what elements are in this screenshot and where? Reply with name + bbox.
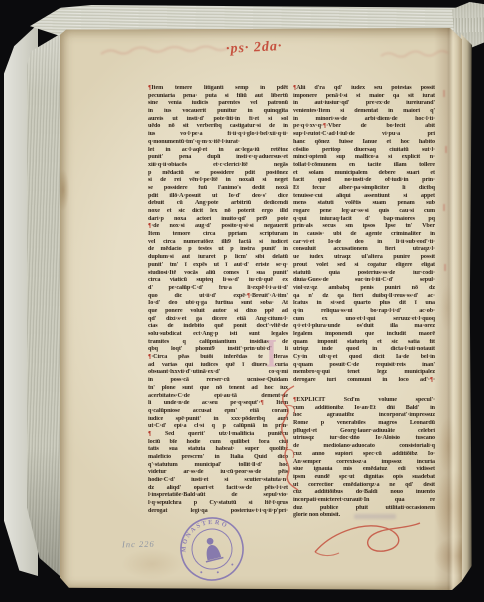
text-line: hanc qōnez fuisse Ianue et hoc habito (293, 139, 435, 147)
text-line: incorpati·emicteret·curauit·In qua re (293, 497, 435, 505)
text-line: q·qui iniuraq·facit d' bap·maiores pq (293, 216, 435, 224)
text-line: circa viaticū supteq li·ss·d' iu·cū·quē … (148, 277, 288, 285)
text-line: ue iudex utraqz ul'altera punire possit (293, 254, 435, 262)
text-line: in poss·cā rerser·cū ucnisse·Quidam (148, 377, 288, 385)
text-line: aureis ut insti·d' pote·liti·in fi·et si… (148, 116, 288, 124)
colophon-pen-flourish (312, 518, 424, 560)
marginal-red-mark (444, 264, 446, 271)
text-line: mens statuti volētis suam penam sub (293, 200, 435, 208)
red-paraph-mark: ¶ (293, 85, 296, 91)
text-line: dz aliqd' opari·et facit·ss·de pēis·l·i·… (148, 485, 288, 493)
text-line: lcatus in si·sed quarto plus dit ī una (293, 300, 435, 308)
text-line: ¶Item temere litiganti semp in pdēt (148, 85, 288, 93)
shelfmark-inscription: Inc 226 (122, 539, 155, 550)
gutter-pen-flourish (274, 384, 302, 492)
text-line: pdit illō·A·posuit ut Io·d' deo·s' dice (148, 193, 288, 201)
text-line: Item temore circa ppriam scripturam (148, 231, 288, 239)
text-line: quo dic ut·ii·d' expē·¶·Breuit'·A·itm' (148, 293, 288, 301)
text-line: pe·q·i·xv·q·¶·Vber de bo·fecit abit (293, 123, 435, 131)
red-paraph-mark: ¶ (430, 377, 433, 383)
text-line: duplum·si aut iuraret p licm' sibi delat… (148, 254, 288, 262)
text-line: uēdo nō sit verberibq castigatur·si de i… (148, 123, 288, 131)
text-line: ut correctior emēdatiorqz·a ne qd' desit (293, 482, 435, 490)
text-line: sine venia iudicis parentes vel patronū (148, 100, 288, 108)
text-line: iudice spē·punit' in xxx·pōderibq auri (148, 416, 288, 424)
text-line: de mediolano·aduocato consistoriali·q (293, 443, 435, 451)
text-line: in ius vocauerit punitur in quinqgĩta (148, 108, 288, 116)
text-line: et solam municipalem debere suari et (293, 170, 435, 178)
text-line: si de rei vēn·l·pe·ltē in noxali si nege… (148, 177, 288, 185)
page-recto: ·ps· 2da· ¶Item temere litiganti semp in… (60, 28, 462, 590)
text-line: ¶·de nox·si aug·d' posito·q·si·si negaue… (148, 223, 288, 231)
text-line: cias de indebito quē ponit doct'·vltē·de (148, 323, 288, 331)
text-line: li unde·n·de ac·seu pe·q·sequt'·¶ Item (148, 400, 288, 408)
book-scan-photo: ·ps· 2da· ¶Item temere litiganti semp in… (0, 0, 484, 602)
text-line: videtur ar·ss·de iu·cū·peor·ss·de pēis (148, 469, 288, 477)
text-line: que ponere voluit autor si dixo ppē ad (148, 308, 288, 316)
colophon: ¶EXPLICIT Scd'm volume specul'·cum addit… (293, 397, 435, 520)
text-line: debuit cū Ang·pote arbitriū dedicendi (148, 200, 288, 208)
text-line: utriusqz iur·doc·dño Io·Aloisio tuscano (293, 435, 435, 443)
text-line: cōsilio peritop diuersaq ciuitatū sut·l· (293, 147, 435, 155)
marginal-red-mark (443, 204, 445, 211)
gutter-crease (434, 28, 462, 590)
text-line: ¶ Sed querit' utz·l·malificia puniēcu (148, 431, 288, 439)
text-line: qd' dixi·s·et ga dicere etiā Ang·citum·l… (148, 316, 288, 324)
left-text-column: ¶Item temere litiganti semp in pdētpecun… (148, 85, 288, 516)
text-line: cum additionibz Io·an·Et dñi Bald' in (293, 405, 435, 413)
text-line: tatis sua statuta habeat· super quolibz (148, 446, 288, 454)
text-line: ius vo·l·pe·a fi·ii·q·i·glo·i·bel·xii·q·… (148, 131, 288, 139)
text-line: sup·l·eutot·C·ad·l·iul·de vi·pu·a pri (293, 131, 435, 139)
red-paraph-mark: ¶ (148, 85, 151, 91)
text-line: qa n' dz qa fieri duibq·ll·reus·ss·d' ac… (293, 293, 435, 301)
text-line: ¶EXPLICIT Scd'm volume specul'· (293, 397, 435, 405)
text-line: dari·p noxa actori inuito·qd' pri9 pote (148, 216, 288, 224)
text-line: studiosi·Itē vocās aliū comes ī sua puni… (148, 270, 288, 278)
text-line: q·i·et·l·plura·unde os'duit illa ma·orez (293, 323, 435, 331)
text-line: l·q·sepulchra p Cy·statutū si ltē·ī·qrus (148, 500, 288, 508)
text-line: d' pe·calūp·C·d' fru·a li·expē·l·i·a·ii·… (148, 285, 288, 293)
text-line: Io·d' deo ubi·q·ga furtiua sunt soba· At (148, 300, 288, 308)
text-line: pecuniaria pena· puta si filiū aut liber… (148, 93, 288, 101)
library-stamp: MONASTERO (166, 503, 258, 595)
text-line: prin·als secus sm ipsos Ipse tn' Vber (293, 223, 435, 231)
text-line: l·inspretatiōe·Bald·aūt de sepul·vio· (148, 492, 288, 500)
text-line: in aut·iusiur·qd' pre·ex·de iureiurand' (293, 100, 435, 108)
text-line: viol·ez·qz ambabq penis puniri nō dz (293, 285, 435, 293)
text-line: diuia·Gues·de suc·in·l·iii·C·d' sepul· (293, 277, 435, 285)
text-line: derogare iuri communi in loco ad'·¶· (293, 377, 435, 385)
text-line: xiii·q·ii·obiacōs et·c·clerici·ltē negās (148, 162, 288, 170)
red-paraph-mark: ¶ (247, 293, 250, 299)
red-paraph-mark: ¶ (323, 123, 326, 129)
text-line: Et fecur alber·pa·simpliciter li dictbq (293, 185, 435, 193)
text-line: prout volet sed si cogatur eligere eliga… (293, 262, 435, 270)
text-line: q·in reliqua·ss·ui bo·rap·l·i·d' ac·ob· (293, 308, 435, 316)
text-line: pflugel·et Georg·lauer·adiuuāte celebri (293, 428, 435, 436)
text-line: q·quam posuit·C·de requisit·reis inan' (293, 362, 435, 370)
text-line: tenuisse·cui aliqui assentiunt si appet (293, 193, 435, 201)
text-line: in causis· ubi de agente criminaliter in (293, 231, 435, 239)
text-line: minci·optenū sup malfico·a si explicit n… (293, 154, 435, 162)
text-line: duz publice pfuit utilitati·occasionem (293, 505, 435, 513)
text-line: cuz additiōibus do·Baldi nouo inuento (293, 489, 435, 497)
text-line: p mēdaciū se possidere pdit postōnez (148, 170, 288, 178)
text-line: Cy·in ult·q·et quod dicit Ia·de bel·in (293, 354, 435, 362)
text-line: consuluit accusationem fieri utraqz·l· (293, 246, 435, 254)
text-line: let in ac·l·aql·et in ac·lega·iū retētoz (148, 147, 288, 155)
text-line: noxe et sic dicit lex nō poterit ergo il… (148, 208, 288, 216)
text-line: hoc agrauatibz incorporat'·impressuz (293, 412, 435, 420)
marginal-red-mark (443, 90, 445, 97)
text-line: facit quod no·insti·de of·iudi·in prin· (293, 177, 435, 185)
text-line: statutū quia posterius·ss·de iur·codi· (293, 270, 435, 278)
text-line: Rome p venerabiles magros Leonardū (293, 420, 435, 428)
text-line: q'·statutum municipal' tollit·ll·d' hoc (148, 462, 288, 470)
running-title: ·ps· 2da· (226, 36, 337, 58)
text-line: in minori·ss·de arbi·diem·de hoc·l·ti· (293, 116, 435, 124)
text-line: se possidere fuū l'animo's dedit noxā (148, 185, 288, 193)
red-paraph-mark: ¶ (148, 223, 151, 229)
text-line: venientes·Item si dementat in maiori q' (293, 108, 435, 116)
text-line: de mēdacio p testes ut p instra punit' i… (148, 246, 288, 254)
text-line: ut·C·d' epi·a cl·si q p calūpniā in prin… (148, 423, 288, 431)
text-line: tn' plone sunt que nō tenent ad hoc iux (148, 385, 288, 393)
facing-page-edge (461, 34, 472, 582)
marginal-red-mark (445, 146, 447, 153)
text-line: q·calūpniose accusat epm' etiā coram (148, 408, 288, 416)
text-line: utriqz inde quod in dicta·l·uii·notauit (293, 346, 435, 354)
text-line: hodie·C·d' iusti·et si scutier·statuta·n… (148, 477, 288, 485)
show-through-writing-right (378, 46, 450, 64)
text-line: imponere penā·l·si st maior qa sit iurat (293, 93, 435, 101)
text-line: punit' tm' ī expēs ut ī aut·d' eriste se… (148, 262, 288, 270)
text-line: membro·q·qui tenet legz municipalez (293, 369, 435, 377)
text-line: vel circa numeratōez illi9 factā si iudi… (148, 239, 288, 247)
text-line: legalem imponendi que includit maorē (293, 331, 435, 339)
text-line: lociū bīe hodie cum quilibet fora ciui (148, 439, 288, 447)
right-text-column: ¶Alii d'ra qd' iudex seu potestas possit… (293, 85, 435, 385)
text-line: q·monumentū·tm'·q·m·x·itē·l·iurat· (148, 139, 288, 147)
text-line: punit' pena dupli insti·e·q·aduersus·et (148, 154, 288, 162)
text-line: car·vi·et Io·de deo in li·ii·sub·eod'·ti… (293, 239, 435, 247)
text-line: tollat·l·cōmunem en tacite illam tollere (293, 162, 435, 170)
faded-stamp-smudge (354, 514, 396, 519)
red-paraph-mark: ¶ (148, 431, 151, 437)
text-line: An·semper correxissz·a impssoz incuria (293, 459, 435, 467)
text-line: quam imponit statuetq et sic satia fit (293, 339, 435, 347)
faded-initial-i: I (266, 333, 277, 377)
text-line: cum ex uno·et·l·qui seruuz·et·l·quoq (293, 316, 435, 324)
text-line: ipsm eundē spc·ut dignitas opis suadebat (293, 474, 435, 482)
text-line: acerbitates·C·de epi·au·tā dement·de (148, 393, 288, 401)
show-through-writing-left (98, 42, 233, 62)
text-line: maleficio prescrm' in Italia Quid dico (148, 454, 288, 462)
text-line: cuz anno supiori spec·cū additiōibz Io· (293, 451, 435, 459)
red-paraph-mark: ¶ (148, 354, 151, 360)
red-paraph-mark: ¶ (260, 400, 263, 406)
text-line: rogare pene leg·ar·ss·si quis cau·si cum (293, 208, 435, 216)
text-line: ¶Alii d'ra qd' iudex seu potestas possit (293, 85, 435, 93)
text-line: siue ignauia mis emēdatuz edi vidisset (293, 466, 435, 474)
